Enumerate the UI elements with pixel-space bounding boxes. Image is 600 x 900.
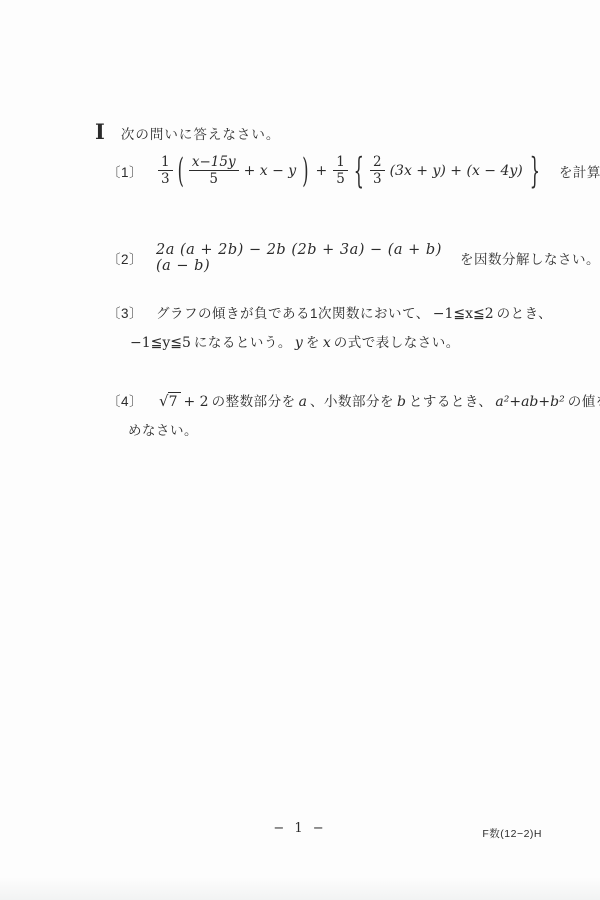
fraction-one-fifth: 1 5: [333, 154, 348, 187]
problem-2: 〔2〕 2a (a + 2b) − 2b (2b + 3a) − (a + b)…: [107, 242, 600, 274]
close-paren: ): [302, 151, 308, 191]
fraction-numerator: 2: [370, 154, 385, 171]
problem-4-instruction: めなさい。: [128, 419, 198, 439]
problem-3-text: になるという。: [194, 331, 292, 351]
fraction-numerator: 1: [158, 154, 173, 171]
problem-1-instruction: を計算しなさい。: [559, 161, 600, 181]
var-y: y: [295, 335, 303, 351]
plus-two: + 2: [184, 394, 209, 410]
problem-2-number: 〔2〕: [107, 248, 143, 268]
fraction-inner: x−15y 5: [189, 154, 239, 187]
fraction-denominator: 3: [158, 171, 173, 187]
open-brace: {: [354, 150, 364, 192]
fraction-denominator: 5: [333, 171, 348, 187]
problem-3-number: 〔3〕: [107, 302, 143, 322]
var-a: a: [299, 394, 307, 410]
inequality-y: −1≦y≦5: [130, 335, 191, 351]
problem-4-text: 、小数部分を: [310, 390, 394, 410]
problem-3-line-2: −1≦y≦5 になるという。 y を x の式で表しなさい。: [107, 331, 552, 359]
section-title: 次の問いに答えなさい。: [121, 123, 281, 143]
var-x: x: [323, 335, 331, 351]
problem-3-instruction: の式で表しなさい。: [334, 331, 460, 351]
problem-2-expression: 2a (a + 2b) − 2b (2b + 3a) − (a + b)(a −…: [156, 242, 445, 274]
problem-3: 〔3〕 グラフの傾きが負である1次関数において、 −1≦x≦2 のとき、 −1≦…: [107, 302, 552, 359]
problem-3-line-1: 〔3〕 グラフの傾きが負である1次関数において、 −1≦x≦2 のとき、: [107, 302, 552, 330]
fraction-numerator: 1: [333, 154, 348, 171]
fraction-denominator: 3: [370, 171, 385, 187]
section-numeral: Ⅰ: [95, 121, 105, 142]
close-brace: }: [530, 150, 540, 192]
problem-4-line-1: 〔4〕 √ 7 + 2 の整数部分を a 、小数部分を b とするとき、 a²+…: [107, 390, 600, 418]
term-x-minus-y: + x − y: [244, 163, 297, 179]
plus-operator: +: [315, 163, 327, 179]
open-paren: (: [178, 151, 184, 191]
document-code: F数(12−2)H: [482, 826, 542, 841]
sqrt-expression: √ 7: [159, 392, 180, 410]
problem-4-text: の整数部分を: [212, 390, 296, 410]
radicand: 7: [168, 392, 181, 410]
problem-4-number: 〔4〕: [107, 390, 143, 410]
fraction-denominator: 5: [206, 171, 221, 187]
problem-2-instruction: を因数分解しなさい。: [460, 248, 600, 268]
var-b: b: [397, 394, 406, 410]
problem-4: 〔4〕 √ 7 + 2 の整数部分を a 、小数部分を b とするとき、 a²+…: [107, 390, 600, 447]
fraction-numerator: x−15y: [189, 154, 239, 171]
fraction-two-thirds: 2 3: [370, 154, 385, 187]
problem-4-line-2: めなさい。: [107, 419, 600, 447]
problem-1: 〔1〕 1 3 ( x−15y 5 + x − y ) + 1 5 { 2 3: [107, 154, 600, 187]
problem-3-text: のとき、: [497, 302, 552, 322]
section-header: Ⅰ 次の問いに答えなさい。: [95, 121, 280, 143]
problem-4-text: の値を求: [568, 390, 600, 410]
problem-4-text: とするとき、: [409, 390, 492, 410]
problem-1-number: 〔1〕: [107, 161, 143, 181]
inequality-x: −1≦x≦2: [433, 306, 494, 322]
term-tail: (3x + y) + (x − 4y): [390, 163, 523, 179]
quadratic-expression: a²+ab+b²: [495, 394, 564, 410]
problem-3-text: を: [306, 331, 320, 351]
exam-page: Ⅰ 次の問いに答えなさい。 〔1〕 1 3 ( x−15y 5 + x − y …: [0, 0, 600, 900]
fraction-one-third: 1 3: [158, 154, 173, 187]
problem-1-formula: 1 3 ( x−15y 5 + x − y ) + 1 5 { 2 3 (3x …: [156, 154, 544, 187]
problem-3-text: グラフの傾きが負である1次関数において、: [156, 302, 430, 322]
